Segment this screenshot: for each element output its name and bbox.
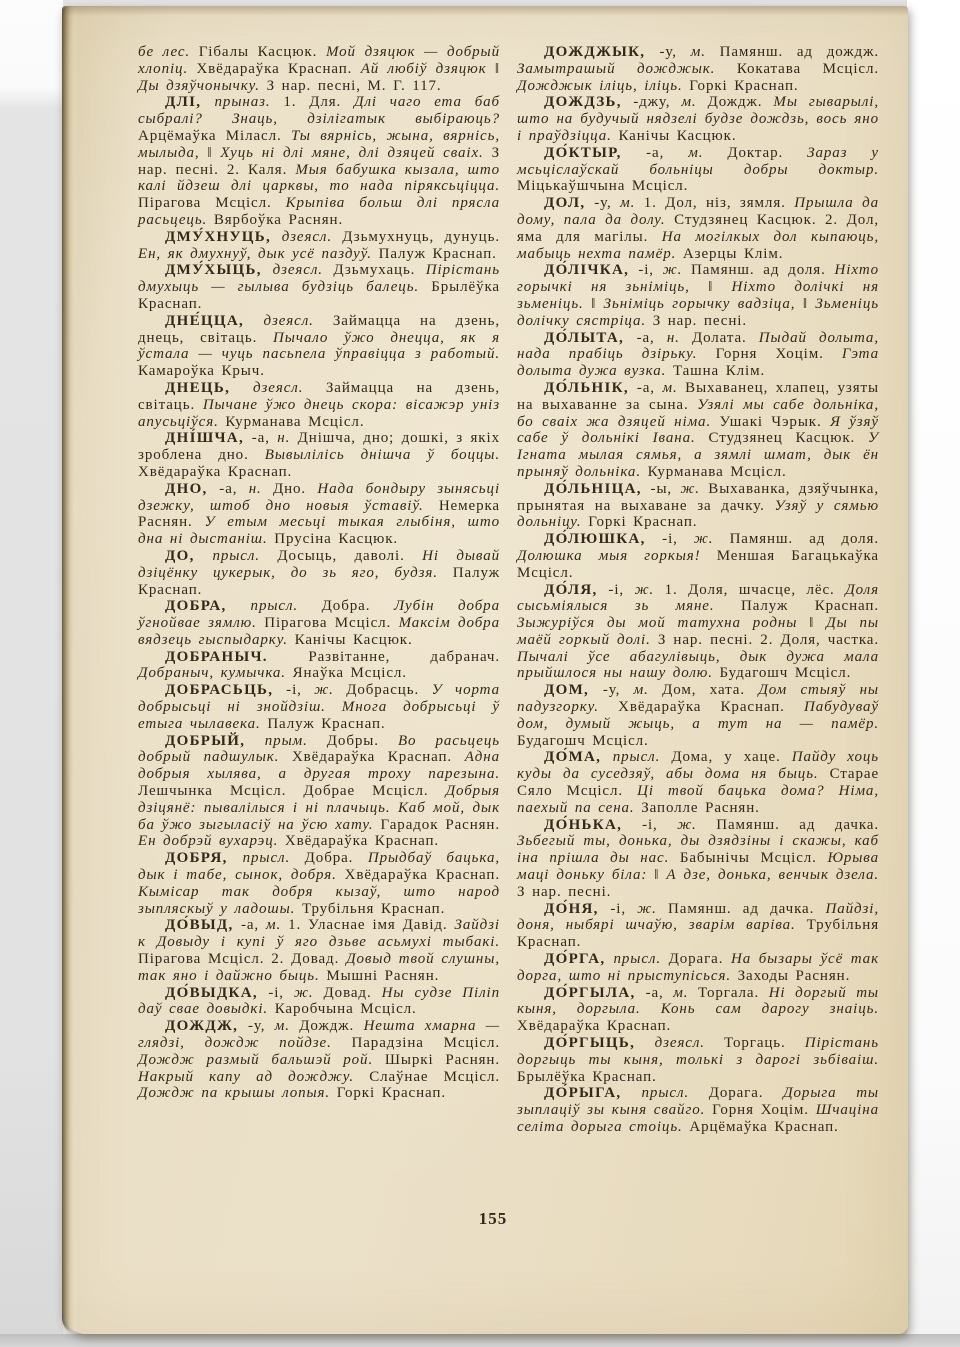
- dictionary-entry: ДОЛ, -у, м. 1. Дол, ніз, зямля. Прышла д…: [517, 195, 879, 262]
- entry-text: З нар. песні.: [653, 313, 747, 329]
- dictionary-entry: ДО́РГА, прысл. Дорага. На бызары ўсё так…: [517, 951, 879, 985]
- headword: ДО́ВЫДКА,: [165, 985, 268, 1001]
- dictionary-entry: бе лес. Гібалы Касцюк. Мой дзяцюк — добр…: [138, 44, 500, 94]
- entry-text: прысл.: [243, 850, 305, 866]
- headword: ДОМ,: [544, 682, 603, 698]
- entry-text: ж.: [677, 817, 716, 833]
- entry-text: Дорага.: [709, 1085, 783, 1101]
- book-page: бе лес. Гібалы Касцюк. Мой дзяцюк — добр…: [62, 6, 908, 1334]
- entry-text: Лешчынка Мсцісл. Добрае Мсцісл.: [138, 783, 446, 799]
- entry-text: Арцёмаўка Міласл.: [138, 128, 291, 144]
- entry-text: Курманава Мсцісл.: [225, 414, 364, 430]
- entry-text: Хвёдараўка Краснап.: [618, 699, 804, 715]
- entry-text: Замытрашый дожджык.: [517, 61, 737, 77]
- entry-text: прыназ.: [215, 94, 284, 110]
- entry-text: м.: [691, 44, 720, 60]
- entry-text: Доктар.: [727, 145, 807, 161]
- headword: ДО́ЛІЧКА,: [544, 262, 638, 278]
- headword: ДО́РЫГА,: [544, 1085, 642, 1101]
- entry-text: прым.: [265, 733, 327, 749]
- entry-text: Дзьмухнуць, дунуць.: [342, 229, 500, 245]
- entry-text: Хвёдараўка Краснап.: [292, 749, 465, 765]
- dictionary-entry: ДОБРАНЫЧ. Развітанне, дабранач. Добраныч…: [138, 649, 500, 683]
- entry-text: прысл.: [212, 548, 277, 564]
- entry-text: Развітанне, дабранач.: [308, 649, 500, 665]
- entry-text: -а,: [637, 380, 663, 396]
- entry-text: Добры.: [327, 733, 398, 749]
- entry-text: -і,: [610, 901, 637, 917]
- entry-text: н.: [277, 430, 297, 446]
- binding-edge: [62, 6, 78, 1334]
- entry-text: дзеясл.: [263, 313, 332, 329]
- entry-text: Дождж.: [708, 94, 774, 110]
- entry-text: м.: [688, 145, 727, 161]
- entry-text: Горкі Краснап.: [588, 514, 697, 530]
- dictionary-entry: ДО́РГЫЛА, -а, м. Торгала. Ні доргый ты к…: [517, 985, 879, 1035]
- headword: ДМУ́ХНУЦЬ,: [165, 229, 282, 245]
- entry-text: Студзянец Касцюк.: [708, 430, 868, 446]
- page-top-shadow: [62, 6, 908, 16]
- entry-text: Довад.: [324, 985, 382, 1001]
- entry-text: ж.: [663, 262, 691, 278]
- entry-text: 1. Доля, шчасце, лёс.: [665, 582, 846, 598]
- entry-text: -і,: [268, 985, 294, 1001]
- dictionary-entry: ДО́НЬКА, -і, ж. Памянш. ад дачка. Зьбегы…: [517, 817, 879, 901]
- headword: ДО́ЛЮШКА,: [544, 531, 662, 547]
- dictionary-entry: ДОБРАСЬЦЬ, -і, ж. Добрасць. У чорта добр…: [138, 682, 500, 732]
- dictionary-entry: ДО́КТЫР, -а, м. Доктар. Зараз у мсьцісла…: [517, 145, 879, 195]
- entry-text: Добра.: [322, 598, 394, 614]
- entry-text: Пірагова Мсцісл.: [264, 615, 398, 631]
- dictionary-entry: ДО́РГЫЦЬ, дзеясл. Торгаць. Пірістань дор…: [517, 1035, 879, 1085]
- entry-text: Досыць, даволі.: [277, 548, 422, 564]
- dictionary-entry: ДОЖДЗЬ, -джу, м. Дождж. Мы гыварылі, што…: [517, 94, 879, 144]
- entry-text: Горня Хоцім.: [712, 1102, 816, 1118]
- headword: ДО́ЛЫТА,: [544, 330, 637, 346]
- entry-text: 1. Уласнае імя Давід.: [288, 917, 454, 933]
- scan-bottom-edge: [0, 1334, 960, 1347]
- dictionary-entry: ДО́РЫГА, прысл. Дорага. Дорыга ты зыплац…: [517, 1085, 879, 1135]
- dictionary-entry: ДОЖДЖ, -у, м. Дождж. Нешта хмарна — гляд…: [138, 1018, 500, 1102]
- entry-text: -а,: [637, 330, 667, 346]
- entry-text: Дзьмухаць.: [333, 262, 425, 278]
- entry-text: Бабынічы Мсцісл.: [680, 850, 828, 866]
- entry-text: Палуж Краснап.: [267, 716, 385, 732]
- headword: ДОЛ,: [544, 195, 594, 211]
- entry-text: Памянш. ад доля.: [730, 531, 879, 547]
- dictionary-entry: ДО́ВЫДКА, -і, ж. Довад. Ны судзе Піліп д…: [138, 985, 500, 1019]
- headword: ДОБРЫЙ,: [165, 733, 265, 749]
- dictionary-entry: ДОЖДЖЫК, -у, м. Памянш. ад дождж. Замытр…: [517, 44, 879, 94]
- entry-text: Долюшка мыя горкыя!: [517, 548, 717, 564]
- headword: ДМУ́ХЫЦЬ,: [165, 262, 273, 278]
- entry-text: дзеясл.: [253, 380, 326, 396]
- headword: ДОЖДЗЬ,: [544, 94, 633, 110]
- entry-text: Дождж.: [299, 1018, 363, 1034]
- entry-text: Канічы Касцюк.: [295, 632, 413, 648]
- entry-text: Прусіна Касцюк.: [274, 531, 398, 547]
- entry-text: -джу,: [633, 94, 681, 110]
- entry-text: Памянш. ад доля.: [691, 262, 835, 278]
- entry-text: ж.: [635, 582, 665, 598]
- entry-text: З нар. песні. 2. Доля, частка.: [658, 632, 879, 648]
- entry-text: прысл.: [642, 1085, 709, 1101]
- dictionary-entry: ДОБРЯ, прысл. Добра. Прыдбаў бацька, дык…: [138, 850, 500, 917]
- entry-text: м.: [266, 917, 288, 933]
- entry-text: Ушакі Чэрык.: [720, 414, 831, 430]
- entry-text: Гібалы Касцюк.: [199, 44, 326, 60]
- entry-text: Парадзіна Мсцісл.: [352, 1035, 501, 1051]
- entry-text: Слаўнае Мсцісл.: [369, 1069, 500, 1085]
- scan-right-margin: [907, 0, 960, 1336]
- dictionary-entry: ДО́ЛЮШКА, -і, ж. Памянш. ад доля. Долюшк…: [517, 531, 879, 581]
- dictionary-entry: ДНЕ́ЦЦА, дзеясл. Займацца на дзень, днец…: [138, 313, 500, 380]
- entry-text: Будагошч Мсцісл.: [720, 665, 852, 681]
- entry-text: Хвёдараўка Краснап.: [138, 464, 292, 480]
- entry-text: Дождж па крышы лопыя.: [138, 1085, 337, 1101]
- entry-text: Вярбоўка Раснян.: [214, 212, 343, 228]
- headword: ДНЕ́ЦЦА,: [165, 313, 263, 329]
- headword: ДО́НЯ,: [544, 901, 610, 917]
- entry-text: Пірагова Мсцісл. 2. Довад.: [138, 951, 346, 967]
- entry-text: З нар. песні.: [517, 884, 611, 900]
- entry-text: -і,: [286, 682, 314, 698]
- entry-text: -і,: [608, 582, 634, 598]
- dictionary-entry: ДО́ЛЫТА, -а, н. Долата. Пыдай долыта, на…: [517, 330, 879, 380]
- entry-text: н.: [249, 481, 273, 497]
- headword: ДОЖДЖЫК,: [544, 44, 660, 60]
- entry-text: Добра.: [305, 850, 368, 866]
- dictionary-entry: ДНІ́ШЧА, -а, н. Днішча, дно; дошкі, з як…: [138, 430, 500, 480]
- entry-text: ж.: [637, 901, 668, 917]
- headword: ДО́РГА,: [544, 951, 613, 967]
- dictionary-entry: ДО, прысл. Досыць, даволі. Ні дывай дзіц…: [138, 548, 500, 598]
- entry-text: м.: [673, 985, 698, 1001]
- scan-left-margin: [0, 0, 63, 1347]
- entry-text: Памянш. ад дачка.: [668, 901, 825, 917]
- headword: ДО́КТЫР,: [544, 145, 646, 161]
- headword: ДО,: [165, 548, 212, 564]
- entry-text: Дожджык іліць, іліць.: [517, 78, 689, 94]
- dictionary-entry: ДНЕЦЬ, дзеясл. Займацца на дзень, світац…: [138, 380, 500, 430]
- entry-text: 1. Дол, ніз, зямля.: [644, 195, 795, 211]
- headword: ДО́РГЫЦЬ,: [544, 1035, 655, 1051]
- entry-text: Мышні Раснян.: [326, 968, 439, 984]
- headword: ДНО,: [165, 481, 219, 497]
- entry-text: ж.: [694, 531, 730, 547]
- entry-text: прысл.: [251, 598, 322, 614]
- headword: ДНЕЦЬ,: [165, 380, 253, 396]
- headword: ДО́ЛЯ,: [544, 582, 608, 598]
- entry-text: Азерцы Клім.: [683, 246, 783, 262]
- page-number: 155: [451, 1209, 535, 1229]
- entry-text: Хвёдараўка Краснап.: [196, 61, 360, 77]
- headword: ДОБРАСЬЦЬ,: [165, 682, 286, 698]
- entry-text: Брылёўка Краснап.: [517, 1069, 657, 1085]
- headword: ДО́ВЫД,: [165, 917, 241, 933]
- headword: ДО́ЛЬНІК,: [544, 380, 637, 396]
- entry-text: прысл.: [613, 951, 668, 967]
- dictionary-entry: ДМУ́ХНУЦЬ, дзеясл. Дзьмухнуць, дунуць. Е…: [138, 229, 500, 263]
- entry-text: -а,: [219, 481, 248, 497]
- entry-text: Канічы Касцюк.: [618, 128, 736, 144]
- dictionary-entry: ДОМ, -у, м. Дом, хата. Дом стыяў ны паду…: [517, 682, 879, 749]
- right-column: ДОЖДЖЫК, -у, м. Памянш. ад дождж. Замытр…: [517, 44, 879, 1136]
- headword: ДО́МА,: [544, 749, 613, 765]
- headword: ДО́РГЫЛА,: [544, 985, 646, 1001]
- headword: ДО́ЛЬНІЦА,: [544, 481, 651, 497]
- dictionary-entry: ДО́МА, прысл. Дома, у хаце. Пайду хоць к…: [517, 749, 879, 816]
- entry-text: Гарадок Раснян.: [381, 817, 500, 833]
- entry-text: Каробчына Мсцісл.: [275, 1001, 417, 1017]
- entry-text: -і,: [642, 817, 677, 833]
- entry-text: -а,: [241, 917, 266, 933]
- dictionary-entry: ДО́ЛЯ, -і, ж. 1. Доля, шчасце, лёс. Доля…: [517, 582, 879, 683]
- headword: ДОБРАНЫЧ.: [165, 649, 308, 665]
- entry-text: дзеясл.: [282, 229, 343, 245]
- entry-text: Хвёдараўка Краснап.: [517, 1018, 671, 1034]
- entry-text: Накрый капу ад дожджу.: [138, 1069, 369, 1085]
- entry-text: Добраныч, кумычка.: [138, 665, 293, 681]
- entry-text: Горкі Краснап.: [337, 1085, 446, 1101]
- entry-text: Долата.: [692, 330, 759, 346]
- entry-text: дзеясл.: [655, 1035, 724, 1051]
- entry-text: дзеясл.: [273, 262, 334, 278]
- entry-text: Трубільня Краснап.: [302, 901, 445, 917]
- left-column: бе лес. Гібалы Касцюк. Мой дзяцюк — добр…: [138, 44, 500, 1102]
- entry-text: Дома, у хаце.: [671, 749, 791, 765]
- entry-text: -у,: [594, 195, 620, 211]
- entry-text: З нар. песні, М. Г. 117.: [267, 78, 442, 94]
- entry-text: -у,: [603, 682, 634, 698]
- entry-text: Дом, хата.: [662, 682, 758, 698]
- entry-text: ж.: [680, 481, 708, 497]
- entry-text: Пірагова Мсцісл.: [138, 195, 286, 211]
- entry-text: бе лес.: [138, 44, 199, 60]
- entry-text: Заходы Раснян.: [738, 968, 851, 984]
- dictionary-entry: ДО́ЛЬНІК, -а, м. Выхаванец, хлапец, узят…: [517, 380, 879, 481]
- entry-text: м.: [634, 682, 662, 698]
- dictionary-entry: ДМУ́ХЫЦЬ, дзеясл. Дзьмухаць. Пірістань д…: [138, 262, 500, 312]
- entry-text: Янаўка Мсцісл.: [293, 665, 407, 681]
- entry-text: Вывылілісь днішча ў боццы.: [265, 447, 500, 463]
- entry-text: н.: [667, 330, 692, 346]
- entry-text: Палуж Краснап.: [741, 598, 879, 614]
- dictionary-entry: ДНО, -а, н. Дно. Нада бондыру зынясьці д…: [138, 481, 500, 548]
- entry-text: ж.: [314, 682, 346, 698]
- entry-text: Арцёмаўка Краснап.: [689, 1119, 838, 1135]
- entry-text: Ташна Клім.: [673, 363, 765, 379]
- entry-text: Хвёдараўка Краснап.: [345, 867, 500, 883]
- headword: ДЛІ,: [165, 94, 215, 110]
- entry-text: Курманава Мсцісл.: [648, 464, 787, 480]
- dictionary-entry: ДО́НЯ, -і, ж. Памянш. ад дачка. Пайдзі, …: [517, 901, 879, 951]
- entry-text: Памянш. ад дождж.: [720, 44, 879, 60]
- entry-text: -а,: [252, 430, 278, 446]
- dictionary-entry: ДО́ЛЬНІЦА, -ы, ж. Выхаванка, дзяўчынка, …: [517, 481, 879, 531]
- entry-text: м.: [620, 195, 644, 211]
- entry-text: Добрасць.: [346, 682, 431, 698]
- headword: ДНІ́ШЧА,: [165, 430, 252, 446]
- entry-text: м.: [275, 1018, 300, 1034]
- entry-text: Ен, як дмухнуў, дык усё паздуў.: [138, 246, 379, 262]
- entry-text: прысл.: [613, 749, 672, 765]
- entry-text: -у,: [660, 44, 691, 60]
- headword: ДОБРА,: [165, 598, 251, 614]
- entry-text: Кокатава Мсцісл.: [737, 61, 879, 77]
- dictionary-entry: ДО́ВЫД, -а, м. 1. Уласнае імя Давід. Зай…: [138, 917, 500, 984]
- entry-text: -а,: [646, 145, 688, 161]
- dictionary-entry: ДОБРЫЙ, прым. Добры. Во расьцець добрый …: [138, 733, 500, 851]
- headword: ДОЖДЖ,: [165, 1018, 248, 1034]
- entry-text: Торгаць.: [724, 1035, 805, 1051]
- entry-text: Палуж Краснап.: [379, 246, 497, 262]
- entry-text: Горкі Краснап.: [689, 78, 798, 94]
- entry-text: 1. Для.: [283, 94, 354, 110]
- entry-text: -ы,: [651, 481, 681, 497]
- entry-text: -а,: [646, 985, 674, 1001]
- entry-text: Шыркі Раснян.: [385, 1052, 500, 1068]
- entry-text: м.: [681, 94, 707, 110]
- dictionary-entry: ДОБРА, прысл. Добра. Лубін добра ўгнойва…: [138, 598, 500, 648]
- entry-text: ж.: [294, 985, 324, 1001]
- entry-text: Заполле Раснян.: [641, 800, 760, 816]
- entry-text: Дождж размый бальшэй рой.: [138, 1052, 385, 1068]
- entry-text: м.: [662, 380, 685, 396]
- entry-text: -у,: [248, 1018, 275, 1034]
- entry-text: Камароўка Крыч.: [138, 363, 265, 379]
- dictionary-entry: ДЛІ, прыназ. 1. Для. Длі чаго ета баб сы…: [138, 94, 500, 228]
- entry-text: Горня Хоцім.: [716, 346, 842, 362]
- entry-text: Торгала.: [698, 985, 769, 1001]
- headword: ДО́НЬКА,: [544, 817, 642, 833]
- entry-text: -і,: [638, 262, 662, 278]
- entry-text: Будагошч Мсцісл.: [517, 733, 649, 749]
- entry-text: Хвёдараўка Краснап.: [285, 833, 439, 849]
- entry-text: -і,: [662, 531, 694, 547]
- headword: ДОБРЯ,: [165, 850, 243, 866]
- entry-text: Памянш. ад дачка.: [716, 817, 879, 833]
- dictionary-entry: ДО́ЛІЧКА, -і, ж. Памянш. ад доля. Ніхто …: [517, 262, 879, 329]
- entry-text: Дорага.: [669, 951, 731, 967]
- entry-text: Ен добрэй вухарэц.: [138, 833, 285, 849]
- entry-text: Міцькаўшчына Мсцісл.: [517, 178, 688, 194]
- entry-text: Дно.: [273, 481, 317, 497]
